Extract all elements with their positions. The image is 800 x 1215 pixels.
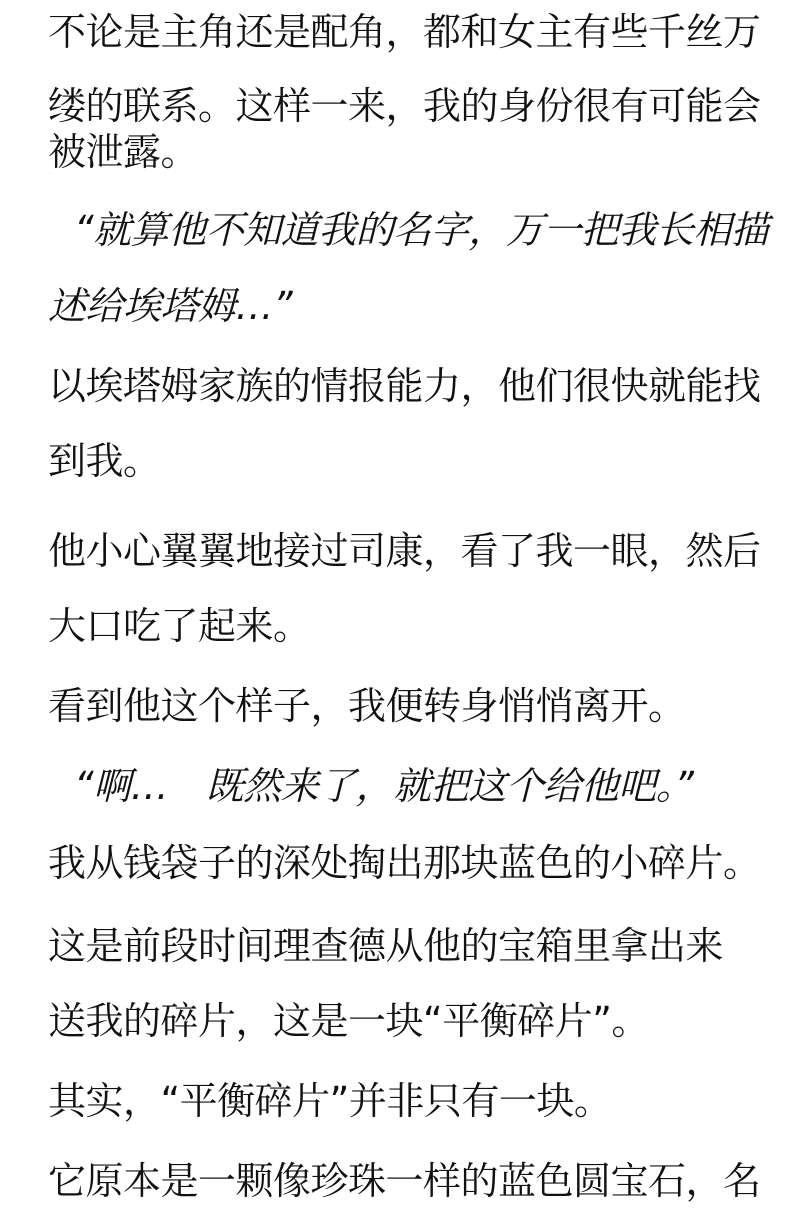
quote-line: “就算他不知道我的名字，万一把我长相描 <box>74 206 768 254</box>
text-line: 以埃塔姆家族的情报能力，他们很快就能找 <box>48 362 761 410</box>
text-line: 到我。 <box>48 437 161 485</box>
text-line: 其实，“平衡碎片”并非只有一块。 <box>48 1077 611 1125</box>
text-line: 它原本是一颗像珍珠一样的蓝色圆宝石，名 <box>48 1157 761 1205</box>
text-line: 看到他这个样子，我便转身悄悄离开。 <box>48 682 686 730</box>
quote-line: 述给埃塔姆…” <box>48 282 292 330</box>
text-line: 被泄露。 <box>48 128 198 176</box>
quote-line: “啊… 既然来了，就把这个给他吧。” <box>74 762 693 810</box>
document-page: 不论是主角还是配角，都和女主有些千丝万 缕的联系。这样一来，我的身份很有可能会 … <box>0 0 800 1215</box>
text-line: 这是前段时间理查德从他的宝箱里拿出来 <box>48 922 723 970</box>
text-line: 缕的联系。这样一来，我的身份很有可能会 <box>48 82 761 130</box>
text-line: 他小心翼翼地接过司康，看了我一眼，然后 <box>48 527 761 575</box>
text-line: 不论是主角还是配角，都和女主有些千丝万 <box>48 8 761 56</box>
text-line: 送我的碎片，这是一块“平衡碎片”。 <box>48 997 649 1045</box>
text-line: 大口吃了起来。 <box>48 602 311 650</box>
text-line: 我从钱袋子的深处掏出那块蓝色的小碎片。 <box>48 839 761 887</box>
